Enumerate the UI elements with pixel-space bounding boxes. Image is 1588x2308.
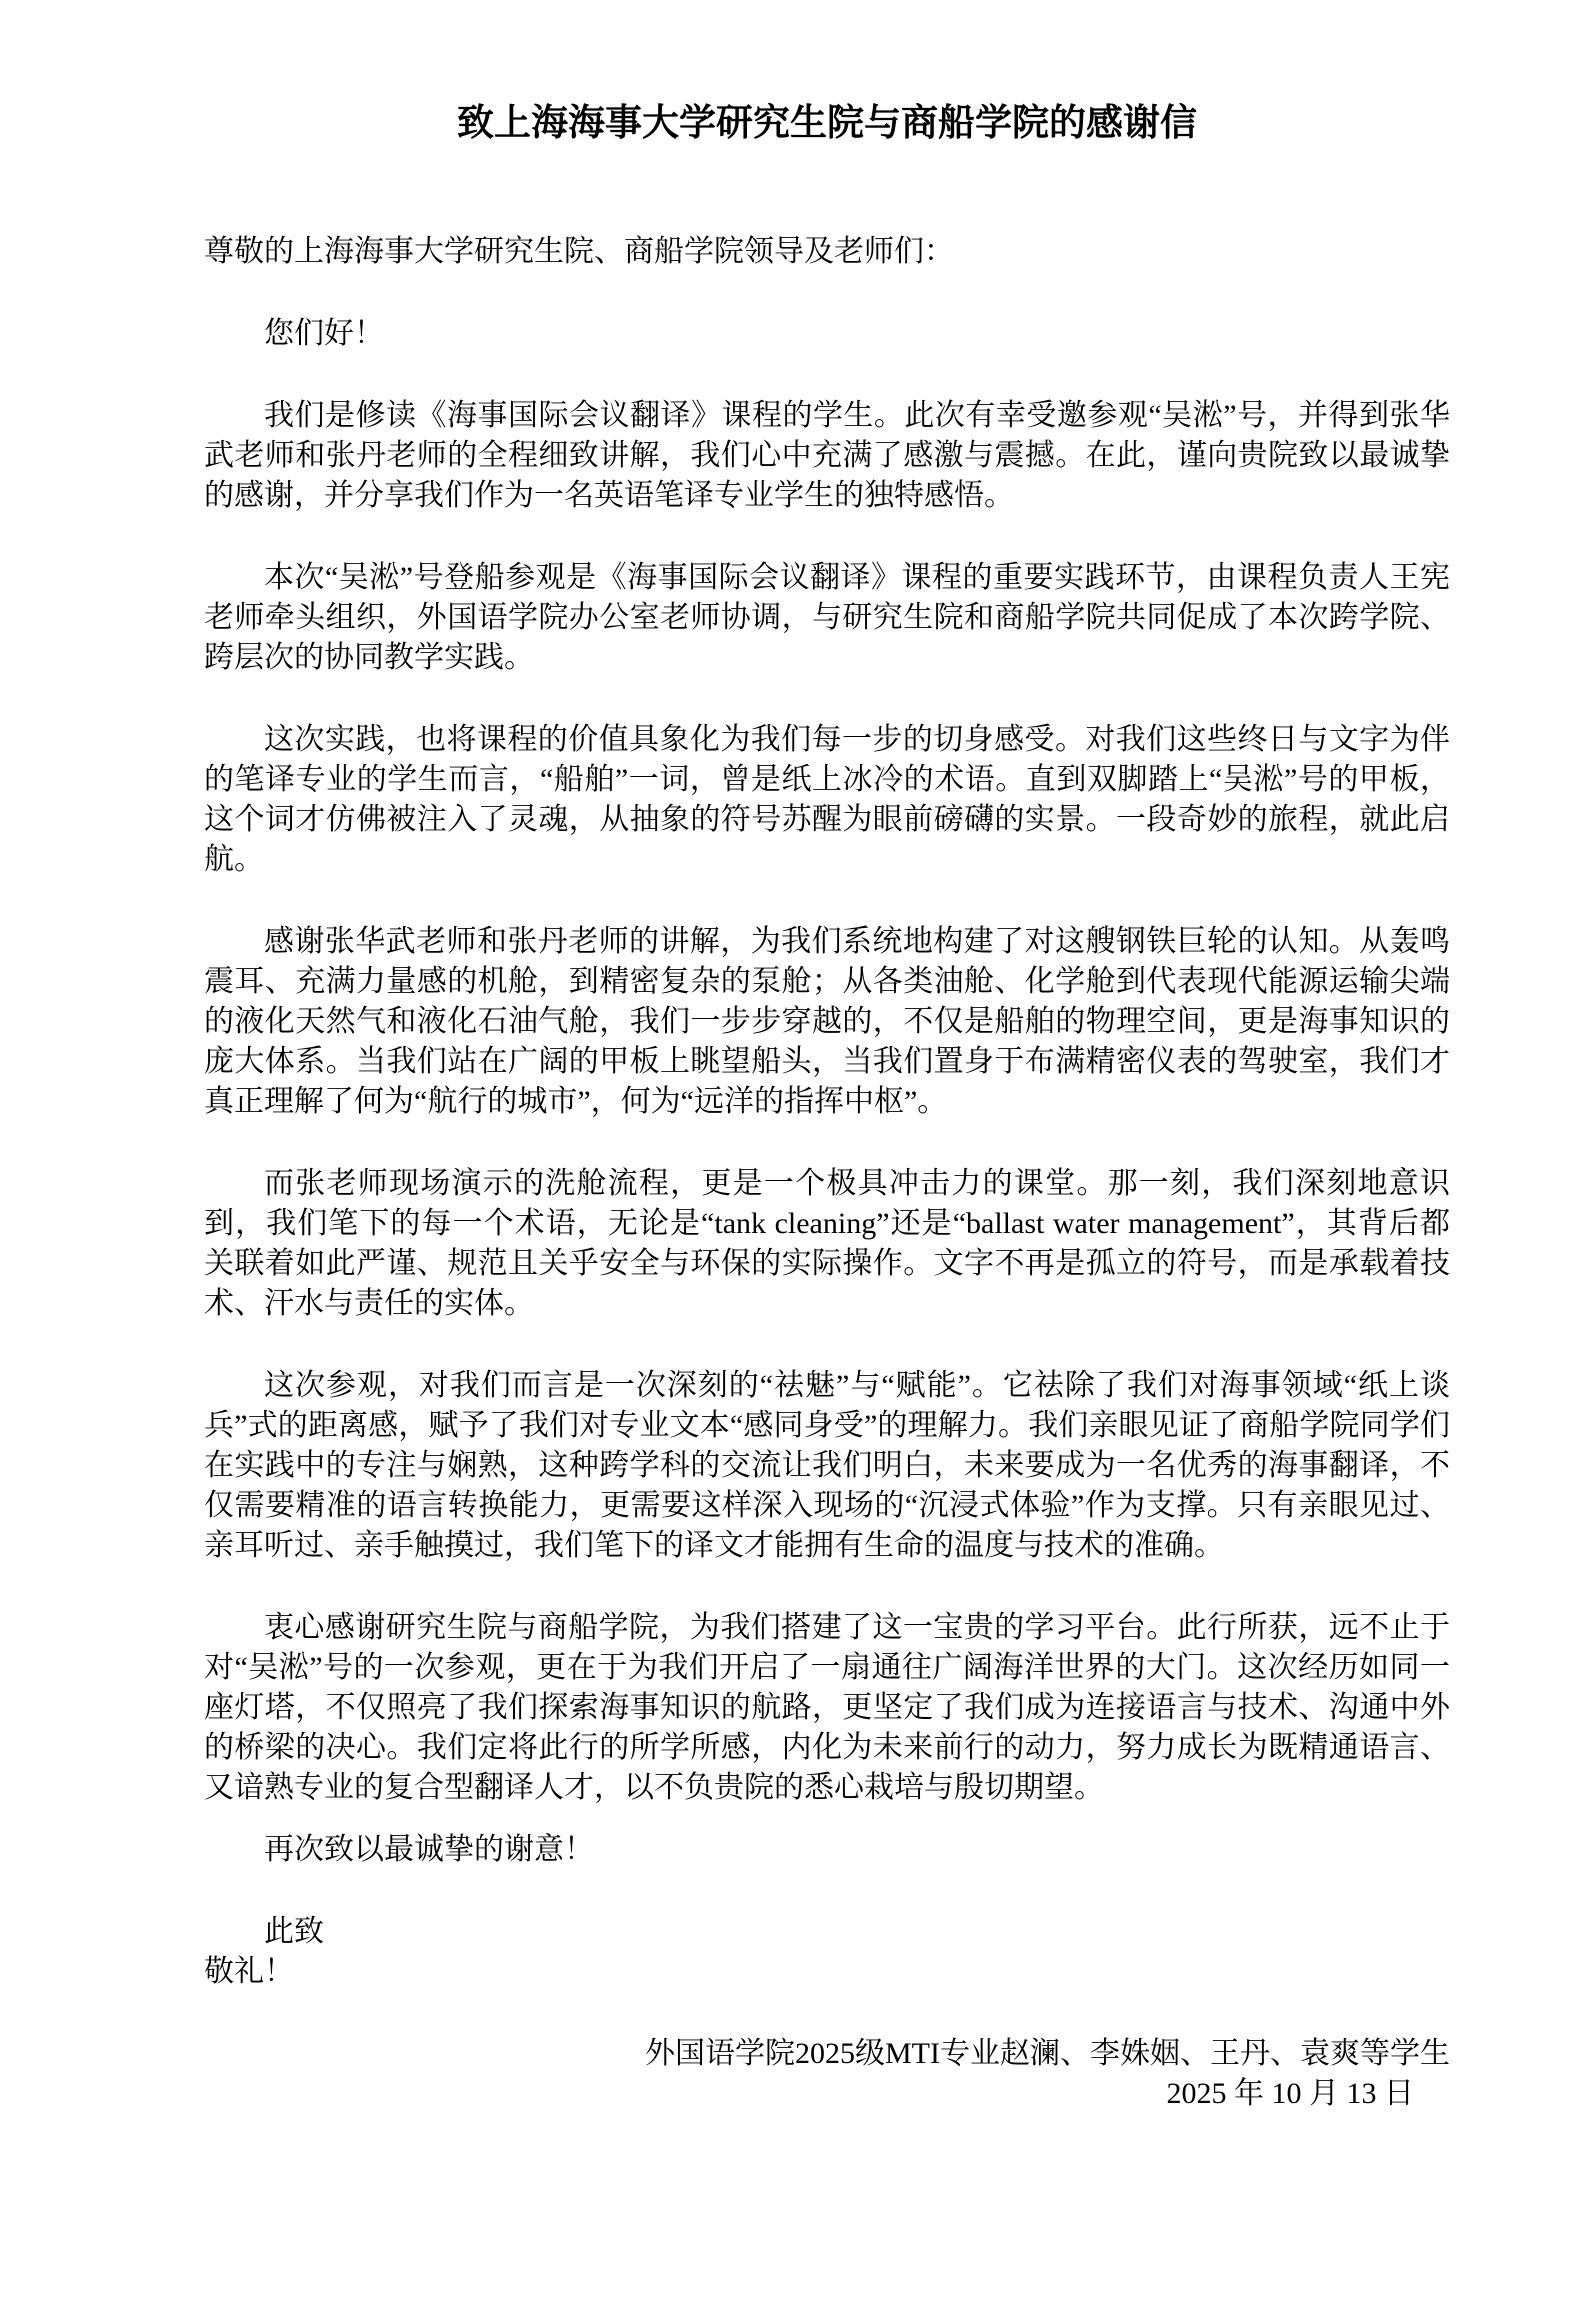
body-paragraph-5: 而张老师现场演示的洗舱流程，更是一个极具冲击力的课堂。那一刻，我们深刻地意识到，…: [204, 1164, 1450, 1324]
body-paragraph-7: 衷心感谢研究生院与商船学院，为我们搭建了这一宝贵的学习平台。此行所获，远不止于对…: [204, 1608, 1450, 1808]
closing-cizhi-line: 此致: [204, 1912, 1450, 1952]
greeting-line: 您们好！: [204, 314, 1450, 354]
letter-page: 致上海海事大学研究生院与商船学院的感谢信 尊敬的上海海事大学研究生院、商船学院领…: [0, 0, 1588, 2308]
salutation-line: 尊敬的上海海事大学研究生院、商船学院领导及老师们：: [204, 232, 1450, 272]
body-paragraph-1: 我们是修读《海事国际会议翻译》课程的学生。此次有幸受邀参观“吴淞”号，并得到张华…: [204, 396, 1450, 516]
body-paragraph-2: 本次“吴淞”号登船参观是《海事国际会议翻译》课程的重要实践环节，由课程负责人王宪…: [204, 558, 1450, 678]
body-paragraph-4: 感谢张华武老师和张丹老师的讲解，为我们系统地构建了对这艘钢铁巨轮的认知。从轰鸣震…: [204, 922, 1450, 1122]
body-paragraph-6: 这次参观，对我们而言是一次深刻的“祛魅”与“赋能”。它祛除了我们对海事领域“纸上…: [204, 1366, 1450, 1566]
letter-title: 致上海海事大学研究生院与商船学院的感谢信: [204, 100, 1450, 148]
body-paragraph-3: 这次实践，也将课程的价值具象化为我们每一步的切身感受。对我们这些终日与文字为伴的…: [204, 720, 1450, 880]
signature-line: 外国语学院2025级MTI专业赵澜、李姝姻、王丹、袁爽等学生: [204, 2034, 1450, 2074]
date-line: 2025 年 10 月 13 日: [204, 2074, 1450, 2114]
closing-thanks-line: 再次致以最诚挚的谢意！: [204, 1830, 1450, 1870]
closing-jingli-line: 敬礼！: [204, 1952, 1450, 1992]
